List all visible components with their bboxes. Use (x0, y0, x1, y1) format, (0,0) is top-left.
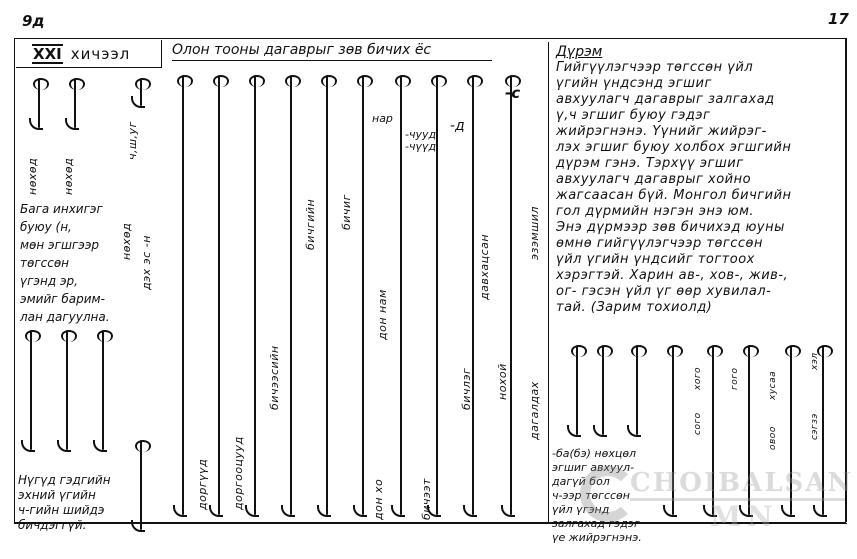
mongolian-script-word (66, 330, 68, 450)
mongolian-script-word (636, 345, 638, 435)
suffix-label: нар (372, 112, 393, 125)
vertical-label: нөхөд (26, 135, 39, 195)
mongolian-script-word (102, 330, 104, 450)
lesson-header: XXI хичээл (16, 40, 162, 68)
mongolian-script-word (30, 330, 32, 450)
note-line: эгшиг авхуул- (552, 461, 662, 475)
mongolian-script-word (472, 75, 474, 515)
note-line: ч-ээр төгссөн (552, 489, 662, 503)
note-line: үе жийрэгнэнэ. (552, 531, 662, 545)
transliteration: бичиг (340, 150, 353, 230)
small-label: овоо (768, 420, 778, 450)
note-line: дагүй бол (552, 475, 662, 489)
transliteration: дагалдах (528, 380, 541, 440)
note-line: эхний үгийн (18, 488, 128, 503)
note-line: Бага инхигэг (20, 200, 128, 218)
rule-line: Энэ дүрмээр зөв бичихэд юуны (556, 220, 841, 236)
mongolian-script-word (182, 75, 184, 515)
rule-line: үйл үгийн үндсийг тогтоох (556, 252, 841, 268)
transliteration: дон хо (372, 490, 385, 520)
note-line: лан дагуулна. (20, 308, 128, 326)
rule-line: ог- гэсэн үйл үг өөр хувилал- (556, 284, 841, 300)
small-label: хусаа (768, 360, 778, 400)
suffix-label: -чүүд (405, 140, 436, 153)
small-label: гого (730, 360, 740, 390)
rule-line: жагсаасан бүй. Монгол бичгийн (556, 188, 841, 204)
mongolian-script-word (576, 345, 578, 435)
right-page-number: 17 (828, 10, 849, 28)
bottom-right-note: -ба(бэ) нөхцөл эгшиг авхуул- дагүй бол ч… (552, 447, 662, 545)
mongolian-script-word (672, 345, 674, 515)
rule-text: Гийгүүлэгчээр төгссөн үйл үгийн үндсэнд … (556, 60, 841, 316)
rule-line: тай. (Зарим тохиолд) (556, 300, 841, 316)
transliteration: дон нам (376, 260, 389, 340)
rule-line: авхуулагч дагаврыг залгахад (556, 92, 841, 108)
mongolian-script-word (140, 78, 142, 106)
note-line: залгахад гэдэг (552, 517, 662, 531)
transliteration: доргооцууд (232, 380, 245, 510)
rule-line: дүрэм гэнэ. Тэрхүү эгшиг (556, 156, 841, 172)
small-label: сого (693, 405, 703, 435)
rule-line: авхуулагч дагаврыг хойно (556, 172, 841, 188)
rule-line: жийрэгнэнэ. Үүнийг жийрэг- (556, 124, 841, 140)
lesson-number: XXI (32, 44, 63, 64)
mongolian-script-word (38, 78, 40, 128)
mongolian-script-word (74, 78, 76, 128)
note-line: үгэнд эр, (20, 272, 128, 290)
mongolian-script-word (712, 345, 714, 515)
small-label: хэл (810, 345, 820, 370)
mongolian-script-word (218, 75, 220, 515)
transliteration: бичээт (420, 470, 433, 520)
transliteration: бичгийн (304, 150, 317, 250)
vertical-label: ч,ш,уг (126, 110, 139, 160)
rule-line: Гийгүүлэгчээр төгссөн үйл (556, 60, 841, 76)
left-note: Бага инхигэг буюу (н, мөн эгшгээр төгссө… (20, 200, 128, 326)
rule-line: хэрэгтэй. Харин ав-, хов-, жив-, (556, 268, 841, 284)
note-line: төгссөн (20, 254, 128, 272)
mongolian-script-word (254, 75, 256, 515)
mongolian-script-word (436, 75, 438, 515)
bottom-left-note: Нүгүд гэдгийн эхний үгийн ч-гийн шийдэ б… (18, 473, 128, 533)
mongolian-script-word (748, 345, 750, 515)
mongolian-script-word (290, 75, 292, 515)
note-line: эмийг барим- (20, 290, 128, 308)
transliteration: бичээсийн (268, 300, 281, 410)
section-title: Олон тооны дагаврыг зөв бичих ёс (172, 42, 492, 61)
vertical-label: нөхөд (62, 135, 75, 195)
rule-title: Дүрэм (556, 44, 602, 60)
left-page-number: 9д (22, 12, 45, 30)
mongolian-script-word (822, 345, 824, 515)
transliteration: давхацсан (478, 240, 491, 300)
transliteration: бичлэг (460, 330, 473, 410)
rule-line: ү,ч эгшиг буюу гэдэг (556, 108, 841, 124)
vertical-side-text: нөхөд (120, 200, 133, 260)
note-line: бичдэггүй. (18, 518, 128, 533)
rule-line: лэх эгшиг буюу холбох эгшгийн (556, 140, 841, 156)
rule-line: өмнө гийгүүлэгчээр төгссөн (556, 236, 841, 252)
mongolian-script-word (400, 75, 402, 515)
note-line: мөн эгшгээр (20, 236, 128, 254)
mongolian-script-word (326, 75, 328, 515)
transliteration: эзэмшил (528, 200, 541, 260)
rule-line: гол дүрмийн нэгэн энэ юм. (556, 204, 841, 220)
mongolian-script-word (602, 345, 604, 435)
lesson-word: хичээл (71, 45, 131, 63)
transliteration: доргүүд (196, 380, 209, 510)
note-line: ч-гийн шийдэ (18, 503, 128, 518)
vertical-side-text: дэх эс -н (140, 200, 153, 290)
suffix-label: -с (505, 84, 520, 102)
mongolian-script-word (362, 75, 364, 515)
note-line: үйл үгэнд (552, 503, 662, 517)
rule-line: үгийн үндсэнд эгшиг (556, 76, 841, 92)
mongolian-script-word (140, 440, 142, 530)
transliteration: нохой (496, 350, 509, 400)
note-line: буюу (н, (20, 218, 128, 236)
small-label: сэгзэ (810, 410, 820, 440)
suffix-label: -д (450, 118, 465, 134)
note-line: -ба(бэ) нөхцөл (552, 447, 662, 461)
note-line: Нүгүд гэдгийн (18, 473, 128, 488)
mongolian-script-word (790, 345, 792, 515)
small-label: хого (693, 360, 703, 390)
page-frame-right (845, 38, 847, 522)
mongolian-script-word (510, 75, 512, 515)
